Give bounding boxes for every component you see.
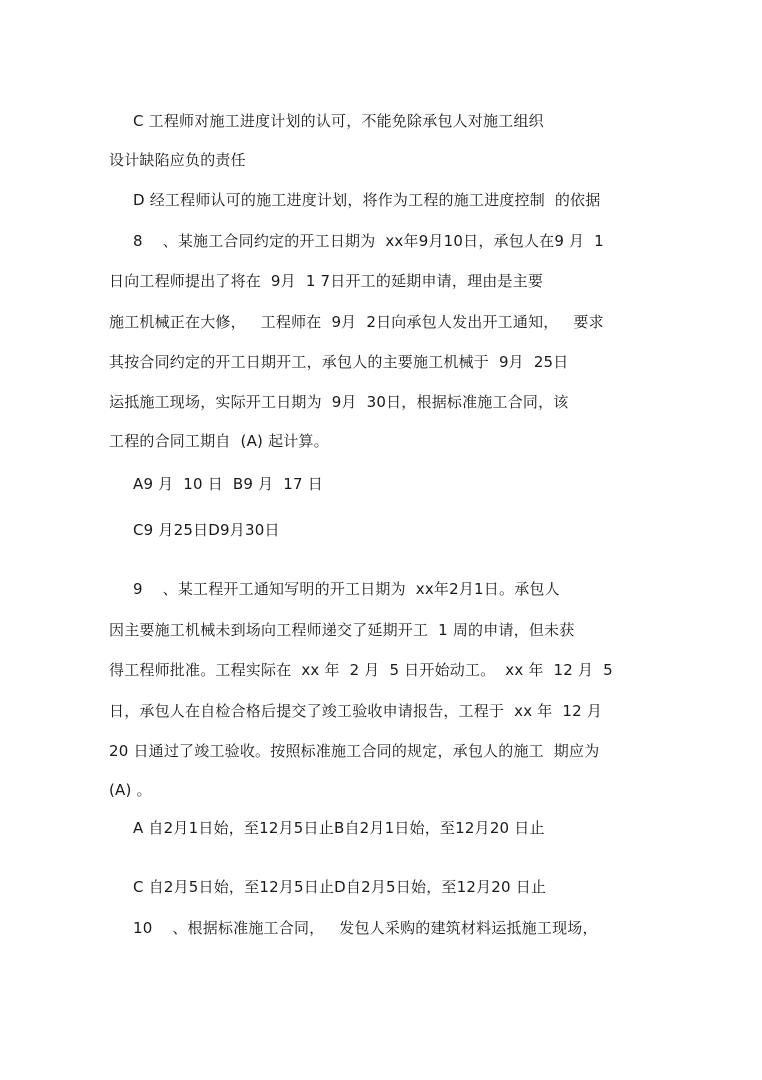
question-9-line: 因主要施工机械未到场向工程师递交了延期开工 1 周的申请，但未获 — [109, 620, 574, 640]
question-8-options-cd: C9 月25日D9月30日 — [133, 520, 280, 540]
question-8-line: 其按合同约定的开工日期开工，承包人的主要施工机械于 9月 25日 — [109, 352, 569, 372]
question-9-line: 20 日通过了竣工验收。按照标准施工合同的规定，承包人的施工 期应为 — [109, 741, 599, 761]
question-9-line: 日，承包人在自检合格后提交了竣工验收申请报告，工程于 xx 年 12 月 — [109, 701, 602, 721]
question-8-end: 工程的合同工期自 (A) 起计算。 — [109, 431, 329, 451]
question-8-line: 日向工程师提出了将在 9月 1 7日开工的延期申请，理由是主要 — [109, 271, 543, 291]
question-10-start: 10 、根据标准施工合同， 发包人采购的建筑材料运抵施工现场， — [133, 918, 598, 938]
question-9-start: 9 、某工程开工通知写明的开工日期为 xx年2月1日。承包人 — [133, 579, 560, 599]
option-d-line: D 经工程师认可的施工进度计划，将作为工程的施工进度控制 的依据 — [133, 190, 600, 210]
question-8-line: 施工机械正在大修， 工程师在 9月 2日向承包人发出开工通知， 要求 — [109, 312, 604, 332]
question-8-options-ab: A9 月 10 日 B9 月 17 日 — [133, 474, 323, 494]
option-c-continuation: 设计缺陷应负的责任 — [109, 150, 246, 170]
option-c-line: C 工程师对施工进度计划的认可，不能免除承包人对施工组织 — [133, 111, 544, 131]
question-9-end: (A) 。 — [109, 780, 152, 800]
question-9-options-cd: C 自2月5日始，至12月5日止D自2月5日始，至12月20 日止 — [133, 877, 546, 897]
document-page: C 工程师对施工进度计划的认可，不能免除承包人对施工组织 设计缺陷应负的责任 D… — [0, 0, 762, 1080]
question-9-line: 得工程师批准。工程实际在 xx 年 2 月 5 日开始动工。 xx 年 12 月… — [109, 660, 613, 680]
question-8-start: 8 、某施工合同约定的开工日期为 xx年9月10日，承包人在9 月 1 — [133, 231, 604, 251]
question-8-line: 运抵施工现场，实际开工日期为 9月 30日，根据标准施工合同，该 — [109, 392, 569, 412]
question-9-options-ab: A 自2月1日始，至12月5日止B自2月1日始，至12月20 日止 — [133, 818, 545, 838]
